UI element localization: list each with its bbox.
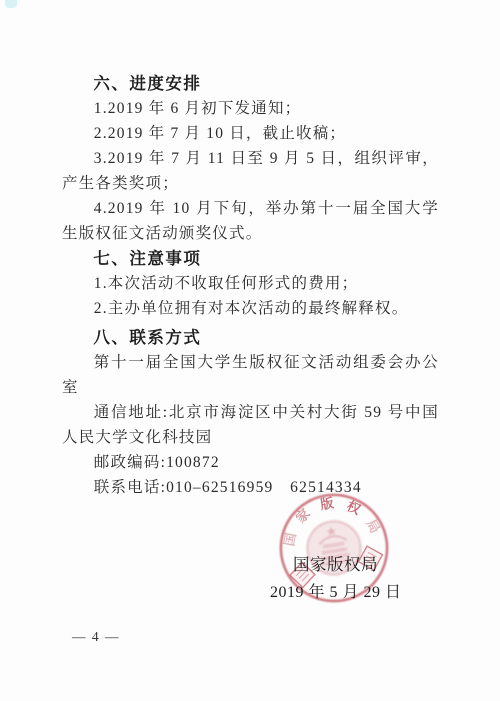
schedule-item: 4.2019 年 10 月下旬，举办第十一届全国大学生版权征文活动颁奖仪式。 xyxy=(62,196,439,246)
seal-char: 国 xyxy=(280,531,298,547)
scanned-document-page: 六、进度安排 1.2019 年 6 月初下发通知； 2.2019 年 7 月 1… xyxy=(0,0,500,701)
page-number: — 4 — xyxy=(72,629,120,645)
contact-office: 第十一届全国大学生版权征文活动组委会办公室 xyxy=(62,350,439,400)
section-heading-notes: 七、注意事项 xyxy=(62,246,439,271)
seal-char: 版 xyxy=(319,494,335,512)
contact-address: 通信地址:北京市海淀区中关村大街 59 号中国人民大学文化科技园 xyxy=(62,400,439,450)
contact-postcode: 邮政编码:100872 xyxy=(62,450,439,475)
schedule-item: 2.2019 年 7 月 10 日，截止收稿； xyxy=(62,121,439,146)
schedule-item: 3.2019 年 7 月 11 日至 9 月 5 日，组织评审，产生各类奖项； xyxy=(62,146,439,196)
signature-date: 2019 年 5 月 29 日 xyxy=(270,579,402,602)
seal-char: 权 xyxy=(344,497,364,518)
document-body: 六、进度安排 1.2019 年 6 月初下发通知； 2.2019 年 7 月 1… xyxy=(62,71,439,500)
signature-authority: 国家版权局 xyxy=(293,551,378,575)
note-item: 2.主办单位拥有对本次活动的最终解释权。 xyxy=(62,296,439,321)
corner-scan-artifact xyxy=(5,0,17,8)
schedule-item: 1.2019 年 6 月初下发通知； xyxy=(62,96,439,121)
note-item: 1.本次活动不收取任何形式的费用； xyxy=(62,271,439,296)
seal-char: 家 xyxy=(292,505,313,526)
section-heading-schedule: 六、进度安排 xyxy=(62,71,439,96)
section-heading-contact: 八、联系方式 xyxy=(62,325,439,350)
